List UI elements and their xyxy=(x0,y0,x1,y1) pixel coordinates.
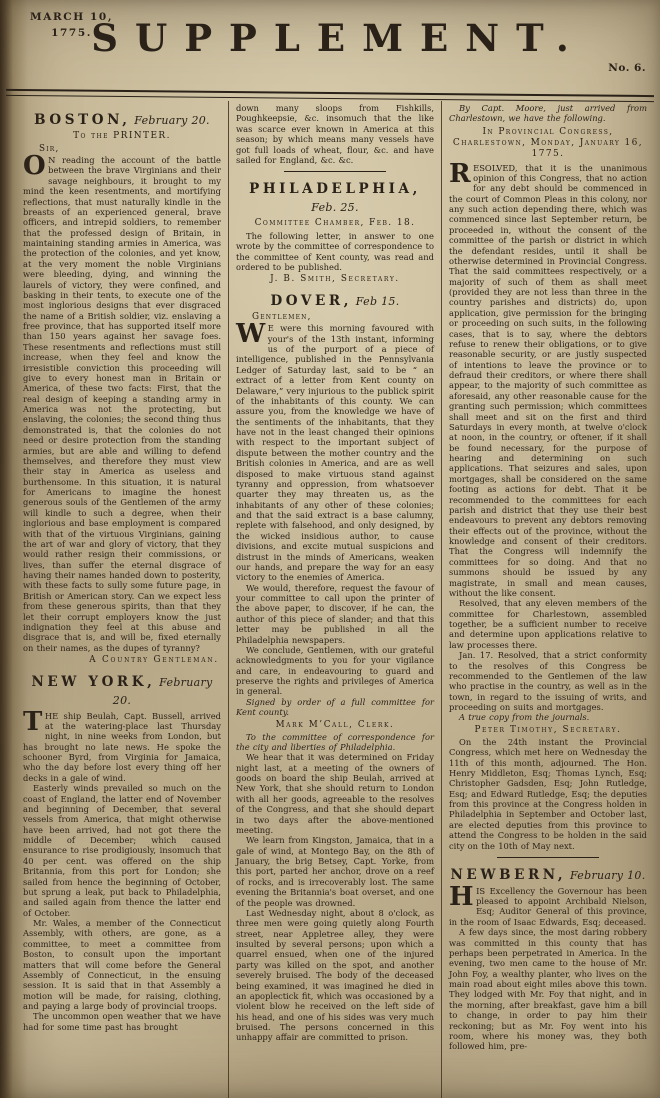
paragraph: We would, therefore, request the favour … xyxy=(236,583,434,645)
section-subheading: In Provincial Congress, Charlestown, Mon… xyxy=(449,127,647,161)
issue-date-line2: 1775. xyxy=(30,26,113,42)
paragraph: HIS Excellency the Governour has been pl… xyxy=(449,886,647,928)
paragraph: Signed by order of a full committee for … xyxy=(236,697,434,718)
paragraph: A true copy from the journals. xyxy=(449,712,647,722)
signature: Peter Timothy, Secretary. xyxy=(449,725,647,735)
column: BOSTON, February 20.To the PRINTER.Sir,O… xyxy=(16,101,228,1098)
drop-cap: W xyxy=(236,323,268,345)
salutation: Gentlemen, xyxy=(236,312,434,322)
paragraph: RESOLVED, that it is the unanimous opini… xyxy=(449,163,647,599)
section-dateline: BOSTON, February 20. xyxy=(23,110,221,128)
issue-number: No. 6. xyxy=(608,62,646,74)
paragraph: To the committee of correspondence for t… xyxy=(236,732,434,753)
section-dateline: NEW YORK, February 20. xyxy=(23,672,221,707)
masthead: MARCH 10, 1775. SUPPLEMENT. No. 6. xyxy=(0,0,660,90)
signature: J. B. Smith, Secretary. xyxy=(236,274,434,284)
paragraph: Easterly winds prevailed so much on the … xyxy=(23,783,221,918)
drop-cap: R xyxy=(449,163,473,185)
columns-container: BOSTON, February 20.To the PRINTER.Sir,O… xyxy=(0,99,660,1098)
paragraph: Mr. Wales, a member of the Connecticut A… xyxy=(23,918,221,1011)
paragraph: The uncommon open weather that we have h… xyxy=(23,1011,221,1032)
divider-rule xyxy=(497,857,600,858)
issue-date: MARCH 10, 1775. xyxy=(30,10,113,42)
section-date: February 20. xyxy=(131,114,210,127)
section-city: BOSTON, xyxy=(34,112,130,128)
drop-cap: O xyxy=(23,155,48,177)
section-dateline: NEWBERN, February 10. xyxy=(449,865,647,883)
paragraph: The following letter, in answer to one w… xyxy=(236,231,434,273)
section-subheading: Committee Chamber, Feb. 18. xyxy=(236,218,434,229)
section-city: DOVER, xyxy=(271,293,353,309)
paragraph: Resolved, that any eleven members of the… xyxy=(449,598,647,650)
issue-date-line1: MARCH 10, xyxy=(30,10,113,26)
paragraph: We learn from Kingston, Jamaica, that in… xyxy=(236,835,434,908)
paragraph: By Capt. Moore, just arrived from Charle… xyxy=(449,103,647,124)
signature: Mark M’Call, Clerk. xyxy=(236,720,434,730)
section-date: Feb. 25. xyxy=(311,201,358,214)
section-city: NEW YORK, xyxy=(31,674,155,690)
section-city: NEWBERN, xyxy=(450,867,566,883)
drop-cap: T xyxy=(23,711,45,733)
paragraph: A few days since, the most daring robber… xyxy=(449,927,647,1052)
column: down many sloops from Fishkills, Poughke… xyxy=(228,101,441,1098)
paragraph: Jan. 17. Resolved, that a strict conform… xyxy=(449,650,647,712)
paragraph: On the 24th instant the Provincial Congr… xyxy=(449,737,647,851)
divider-rule xyxy=(284,171,387,172)
paragraph: We conclude, Gentlemen, with our gratefu… xyxy=(236,645,434,697)
drop-cap: H xyxy=(449,886,476,908)
salutation: Sir, xyxy=(23,144,221,154)
section-subheading: To the PRINTER. xyxy=(23,131,221,142)
paragraph: Last Wednesday night, about 8 o'clock, a… xyxy=(236,908,434,1043)
newspaper-page: { "page": { "date1": "MARCH 10,", "date2… xyxy=(0,0,660,1098)
paragraph: WE were this morning favoured with your'… xyxy=(236,323,434,582)
column: By Capt. Moore, just arrived from Charle… xyxy=(441,101,654,1098)
section-dateline: PHILADELPHIA, Feb. 25. xyxy=(236,179,434,214)
section-date: Feb 15. xyxy=(352,295,399,308)
section-dateline: DOVER, Feb 15. xyxy=(236,291,434,309)
signature: A Country Gentleman. xyxy=(23,655,219,665)
paragraph: down many sloops from Fishkills, Poughke… xyxy=(236,103,434,165)
section-city: PHILADELPHIA, xyxy=(249,181,421,197)
section-date: February 10. xyxy=(566,869,645,882)
paragraph: ON reading the account of the battle bet… xyxy=(23,155,221,653)
paragraph: THE ship Beulah, Capt. Bussell, arrived … xyxy=(23,711,221,784)
paragraph: We hear that it was determined on Friday… xyxy=(236,752,434,835)
